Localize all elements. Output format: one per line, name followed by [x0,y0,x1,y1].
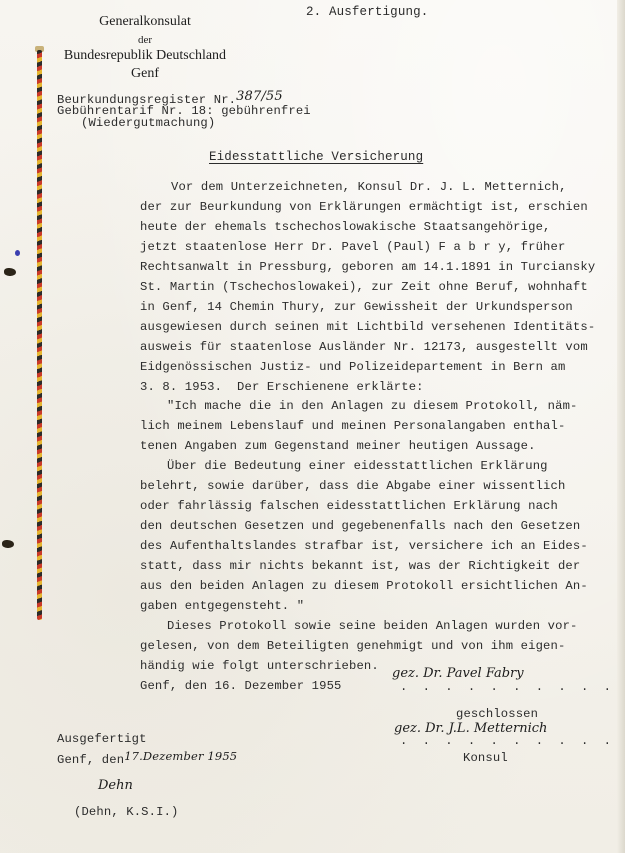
body-line: "Ich mache die in den Anlagen zu diesem … [167,397,578,417]
body-line: aus den beiden Anlagen zu diesem Protoko… [140,577,588,597]
body-line: Vor dem Unterzeichneten, Konsul Dr. J. L… [171,178,567,198]
body-line: 3. 8. 1953. Der Erschienene erklärte: [140,378,424,398]
body-line: der zur Beurkundung von Erklärungen ermä… [140,198,588,218]
letterhead-line1: Generalkonsulat [60,14,230,30]
issued-date-handwritten: 17.Dezember 1955 [124,749,237,763]
body-line: des Aufenthaltslandes strafbar ist, vers… [140,537,588,557]
signature-dots: . . . . . . . . . . . . [400,732,625,752]
body-line: statt, dass mir nichts bekannt ist, was … [140,557,580,577]
body-line: den deutschen Gesetzen und gegebenenfall… [140,517,580,537]
ink-mark [15,250,20,256]
body-line: gaben entgegensteht. " [140,597,304,617]
issuer-name: (Dehn, K.S.I.) [74,803,179,823]
body-line: oder fahrlässig falschen eidesstattliche… [140,497,558,517]
issued-date: Genf, den17.Dezember 1955 [57,750,237,771]
body-line: Eidgenössischen Justiz- und Polizeidepar… [140,358,565,378]
document-title: Eidesstattliche Versicherung [209,148,423,168]
body-line: lich meinem Lebenslauf und meinen Person… [140,417,565,437]
copy-label: 2. Ausfertigung. [306,3,428,23]
body-line: Über die Bedeutung einer eidesstattliche… [167,457,548,477]
consul-label: Konsul [463,749,508,769]
flag-cord-ribbon [37,50,42,620]
body-line: gelesen, von dem Beteiligten genehmigt u… [140,637,565,657]
punch-hole [2,540,14,548]
body-line: in Genf, 14 Chemin Thury, zur Gewissheit… [140,298,573,318]
body-line: Rechtsanwalt in Pressburg, geboren am 14… [140,258,595,278]
letterhead-line2: der [60,34,230,46]
place-date: Genf, den 16. Dezember 1955 [140,677,342,697]
dehn-signature: Dehn [98,778,133,793]
body-line: jetzt staatenlose Herr Dr. Pavel (Paul) … [140,238,565,258]
register-line3: (Wiedergutmachung) [81,116,215,130]
body-line: tenen Angaben zum Gegenstand meiner heut… [140,437,536,457]
register-number-handwritten: 387/55 [236,89,283,104]
issued-date-prefix: Genf, den [57,753,124,767]
body-line: ausweis für staatenlose Ausländer Nr. 12… [140,338,588,358]
page-edge [617,0,625,853]
body-line: ausgewiesen durch seinen mit Lichtbild v… [140,318,595,338]
body-line: St. Martin (Tschechoslowakei), zur Zeit … [140,278,588,298]
letterhead-line3: Bundesrepublik Deutschland [40,48,250,64]
body-line: belehrt, sowie darüber, dass die Abgabe … [140,477,565,497]
issued-label: Ausgefertigt [57,730,147,750]
body-line: händig wie folgt unterschrieben. [140,657,379,677]
body-line: heute der ehemals tschechoslowakische St… [140,218,551,238]
body-line: Dieses Protokoll sowie seine beiden Anla… [167,617,578,637]
letterhead-line4: Genf [60,66,230,82]
signature-dots: . . . . . . . . . . . . [400,678,625,698]
punch-hole [4,268,16,276]
